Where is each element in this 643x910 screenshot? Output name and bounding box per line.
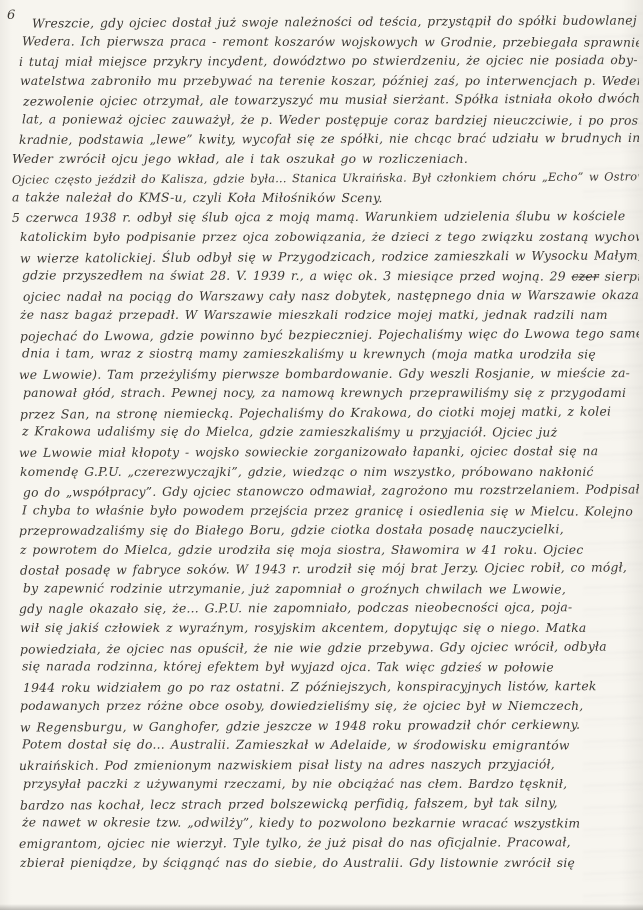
handwritten-line: komendę G.P.U. „czerezwyczajki”, gdzie, … — [20, 463, 639, 483]
handwritten-line: Weder zwrócił ojcu jego wkład, ale i tak… — [12, 150, 639, 170]
handwritten-line: katolickim było podpisanie przez ojca zo… — [20, 228, 639, 248]
handwritten-line: dostał posadę w fabryce soków. W 1943 r.… — [20, 559, 639, 582]
handwritten-line: że nawet w okresie tzw. „odwilży”, kiedy… — [22, 814, 639, 835]
handwritten-line: dnia i tam, wraz z siostrą mamy zamieszk… — [22, 345, 639, 366]
handwritten-line: we Lwowie miał kłopoty - wojsko sowiecki… — [19, 442, 639, 463]
handwritten-line: a także należał do KMS-u, czyli Koła Mił… — [12, 188, 639, 209]
handwritten-line: panował głód, strach. Pewnej nocy, za na… — [23, 384, 639, 404]
handwritten-line: I chyba to właśnie było powodem przejści… — [22, 501, 639, 522]
handwritten-line: lat, a ponieważ ojciec zauważył, że p. W… — [22, 110, 639, 131]
handwritten-line: 5 czerwca 1938 r. odbył się ślub ojca z … — [12, 207, 639, 229]
handwritten-line: zezwolenie ojciec otrzymał, ale towarzys… — [23, 90, 639, 113]
handwritten-line: Potem dostał się do... Australii. Zamies… — [22, 736, 639, 757]
handwritten-line: gdzie przyszedłem na świat 28. V. 1939 r… — [22, 266, 639, 287]
handwritten-line: we Lwowie). Tam przeżyliśmy pierwsze bom… — [19, 364, 639, 385]
line-segment: sierpnia — [599, 270, 639, 284]
handwritten-line: w wierze katolickiej. Ślub odbył się w P… — [20, 246, 639, 269]
struck-word: czer — [571, 270, 599, 284]
handwritten-line: emigrantom, ojciec nie wierzył. Tyle tyl… — [19, 833, 639, 854]
handwritten-line: ojciec nadał na pociąg do Warszawy cały … — [23, 286, 639, 307]
handwritten-line: gdy nagle okazało się, że... G.P.U. nie … — [19, 598, 639, 619]
handwritten-line: się narada rodzinna, której efektem był … — [22, 657, 639, 678]
handwritten-line: kradnie, podstawia „lewe” kwity, wycofał… — [19, 129, 639, 150]
handwritten-line: watelstwa zabroniło mu przebywać na tere… — [20, 72, 639, 92]
handwritten-line: 1944 roku widziałem go po raz ostatni. Z… — [23, 677, 639, 698]
handwritten-line: przeprowadzaliśmy się do Białego Boru, g… — [19, 520, 639, 541]
handwritten-line: ukraińskich. Pod zmienionym nazwiskiem p… — [19, 755, 639, 776]
handwritten-line: podawanych przez różne obce osoby, dowie… — [20, 697, 639, 717]
handwritten-line: go do „współpracy”. Gdy ojciec stanowczo… — [23, 481, 639, 504]
line-segment: gdzie przyszedłem na świat 28. V. 1939 r… — [22, 268, 571, 283]
handwritten-line: z powrotem do Mielca, gdzie urodziła się… — [20, 541, 639, 561]
handwritten-line: pojechać do Lwowa, gdzie powinno być bez… — [20, 324, 639, 347]
handwritten-line: w Regensburgu, w Ganghofer, gdzie jeszcz… — [20, 715, 639, 738]
page-number: 6 — [7, 8, 15, 23]
handwritten-line: z Krakowa udaliśmy się do Mielca, gdzie … — [22, 423, 639, 444]
handwritten-line: Ojciec często jeździł do Kalisza, gdzie … — [12, 168, 639, 191]
handwritten-line: zbierał pieniądze, by ściągnąć nas do si… — [20, 854, 639, 874]
handwritten-line: by zapewnić rodzinie utrzymanie, już zap… — [23, 579, 639, 600]
handwritten-line: wił się jakiś człowiek z wyraźnym, rosyj… — [20, 619, 639, 639]
handwritten-line: Wedera. Ich pierwsza praca - remont kosz… — [22, 32, 639, 53]
handwritten-line: że nasz bagaż przepadł. W Warszawie mies… — [20, 306, 639, 326]
handwritten-line: przysyłał paczki z używanymi rzeczami, b… — [23, 775, 639, 795]
handwritten-line: Wreszcie, gdy ojciec dostał już swoje na… — [32, 11, 639, 34]
manuscript-lines: Wreszcie, gdy ojciec dostał już swoje na… — [20, 13, 639, 873]
handwritten-line: i tutaj miał miejsce przykry incydent, d… — [19, 51, 639, 72]
handwritten-line: powiedziała, że ojciec nas opuścił, że n… — [20, 637, 639, 660]
